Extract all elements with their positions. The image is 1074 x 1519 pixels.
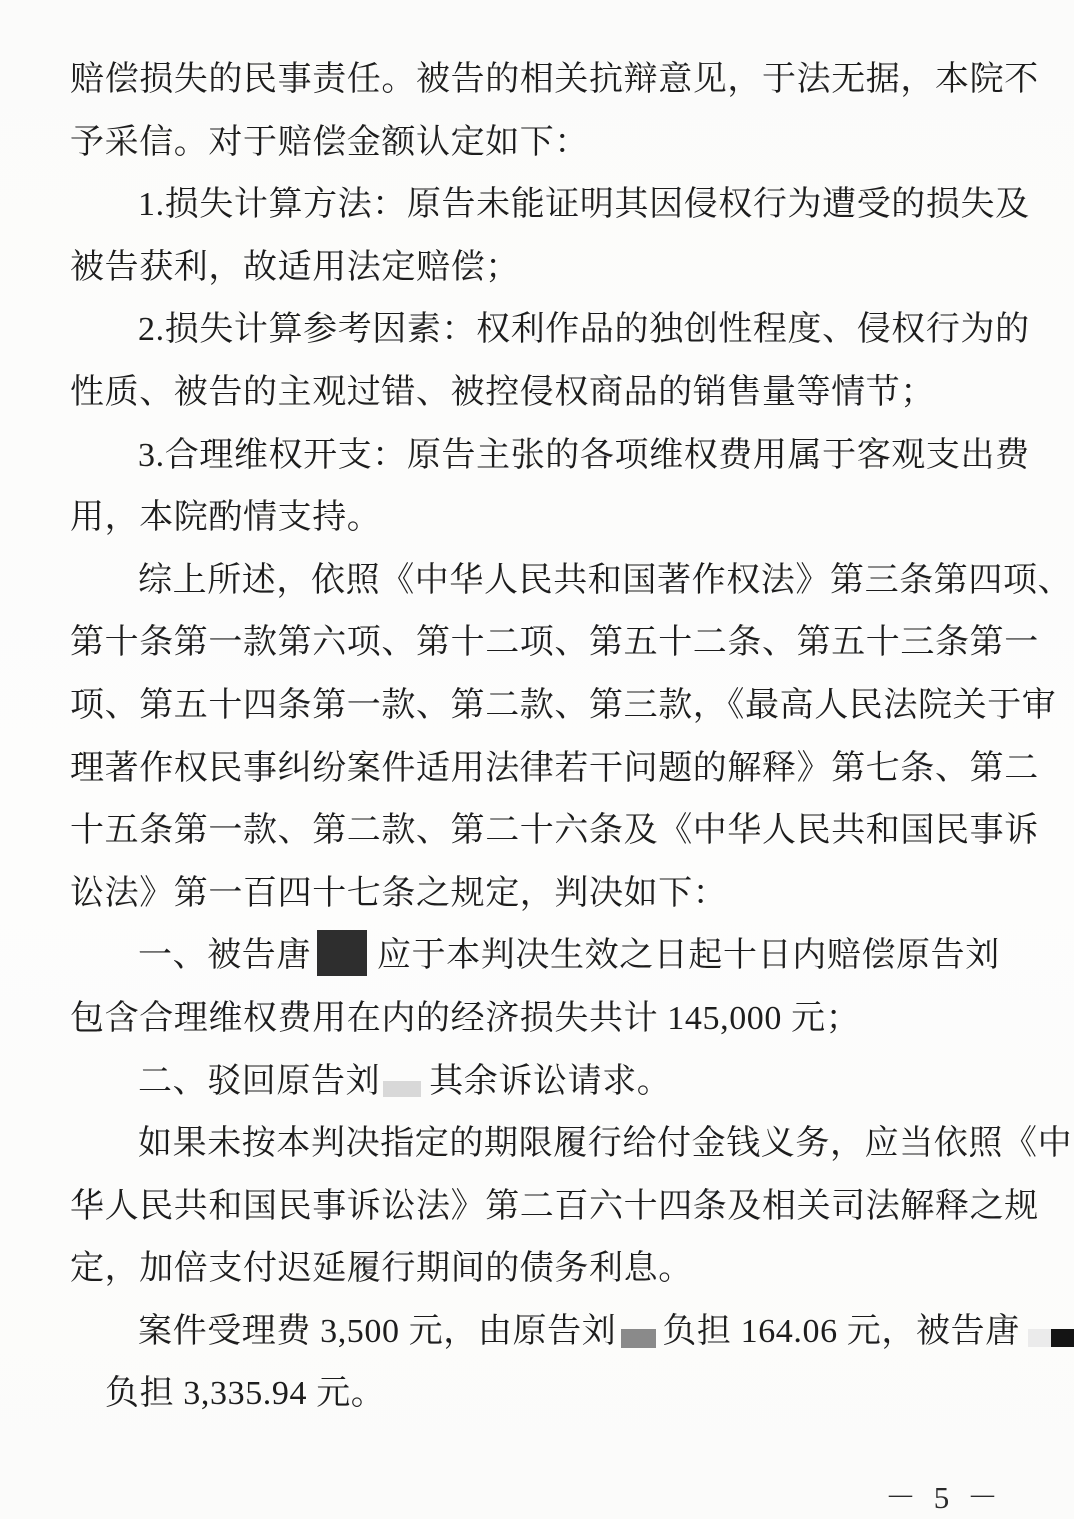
reason-item-3-line: 3.合理维权开支：原告主张的各项维权费用属于客观支出费 xyxy=(70,425,1014,488)
judgment-page: 赔偿损失的民事责任。被告的相关抗辩意见，于法无据，本院不 予采信。对于赔偿金额认… xyxy=(0,0,1074,1519)
ruling-item-2-pre: 二、驳回原告刘 xyxy=(138,1063,380,1100)
legal-basis-line: 综上所述，依照《中华人民共和国著作权法》第三条第四项、 xyxy=(70,550,1014,613)
body-line: 予采信。对于赔偿金额认定如下： xyxy=(70,112,1014,175)
enforcement-line: 华人民共和国民事诉讼法》第二百六十四条及相关司法解释之规 xyxy=(70,1176,1014,1239)
body-line: 被告获利，故适用法定赔偿； xyxy=(70,237,1014,300)
legal-basis-line: 项、第五十四条第一款、第二款、第三款，《最高人民法院关于审 xyxy=(70,675,1014,738)
reason-item-2-line: 2.损失计算参考因素：权利作品的独创性程度、侵权行为的 xyxy=(70,299,1014,362)
ruling-item-1-post: 应于本判决生效之日起十日内赔偿原告刘 xyxy=(377,937,1000,974)
redaction-plaintiff-name xyxy=(383,1081,421,1097)
court-fee-mid: 负担 164.06 元，被告唐 xyxy=(662,1313,1020,1350)
ruling-item-1-line: 一、被告唐应于本判决生效之日起十日内赔偿原告刘 xyxy=(70,925,1014,988)
body-line: 用，本院酌情支持。 xyxy=(70,487,1014,550)
court-fee-pre: 案件受理费 3,500 元，由原告刘 xyxy=(138,1313,616,1350)
ruling-item-1-pre: 一、被告唐 xyxy=(138,937,311,974)
redaction-defendant-name xyxy=(1028,1329,1051,1347)
ruling-item-1-line: 包含合理维权费用在内的经济损失共计 145,000 元； xyxy=(70,988,1014,1051)
court-fee-line: 案件受理费 3,500 元，由原告刘负担 164.06 元，被告唐 xyxy=(70,1301,1014,1364)
legal-basis-line: 讼法》第一百四十七条之规定，判决如下： xyxy=(70,863,1014,926)
enforcement-line: 定，加倍支付迟延履行期间的债务利息。 xyxy=(70,1238,1014,1301)
body-line: 性质、被告的主观过错、被控侵权商品的销售量等情节； xyxy=(70,362,1014,425)
reason-item-1-line: 1.损失计算方法：原告未能证明其因侵权行为遭受的损失及 xyxy=(70,174,1014,237)
judgment-body: 赔偿损失的民事责任。被告的相关抗辩意见，于法无据，本院不 予采信。对于赔偿金额认… xyxy=(70,49,1014,1426)
body-line: 赔偿损失的民事责任。被告的相关抗辩意见，于法无据，本院不 xyxy=(70,49,1014,112)
ruling-item-2-line: 二、驳回原告刘其余诉讼请求。 xyxy=(70,1051,1014,1114)
legal-basis-line: 十五条第一款、第二款、第二十六条及《中华人民共和国民事诉 xyxy=(70,800,1014,863)
redaction-plaintiff-name xyxy=(621,1329,656,1348)
legal-basis-line: 第十条第一款第六项、第十二项、第五十二条、第五十三条第一 xyxy=(70,612,1014,675)
legal-basis-line: 理著作权民事纠纷案件适用法律若干问题的解释》第七条、第二 xyxy=(70,738,1014,801)
redaction-defendant-name xyxy=(317,930,367,976)
page-number: － 5 － xyxy=(885,1472,1003,1517)
ruling-item-2-post: 其余诉讼请求。 xyxy=(429,1063,671,1100)
redaction-defendant-name xyxy=(1051,1329,1074,1347)
enforcement-line: 如果未按本判决指定的期限履行给付金钱义务，应当依照《中 xyxy=(70,1113,1014,1176)
court-fee-line: 负担 3,335.94 元。 xyxy=(70,1363,1014,1426)
